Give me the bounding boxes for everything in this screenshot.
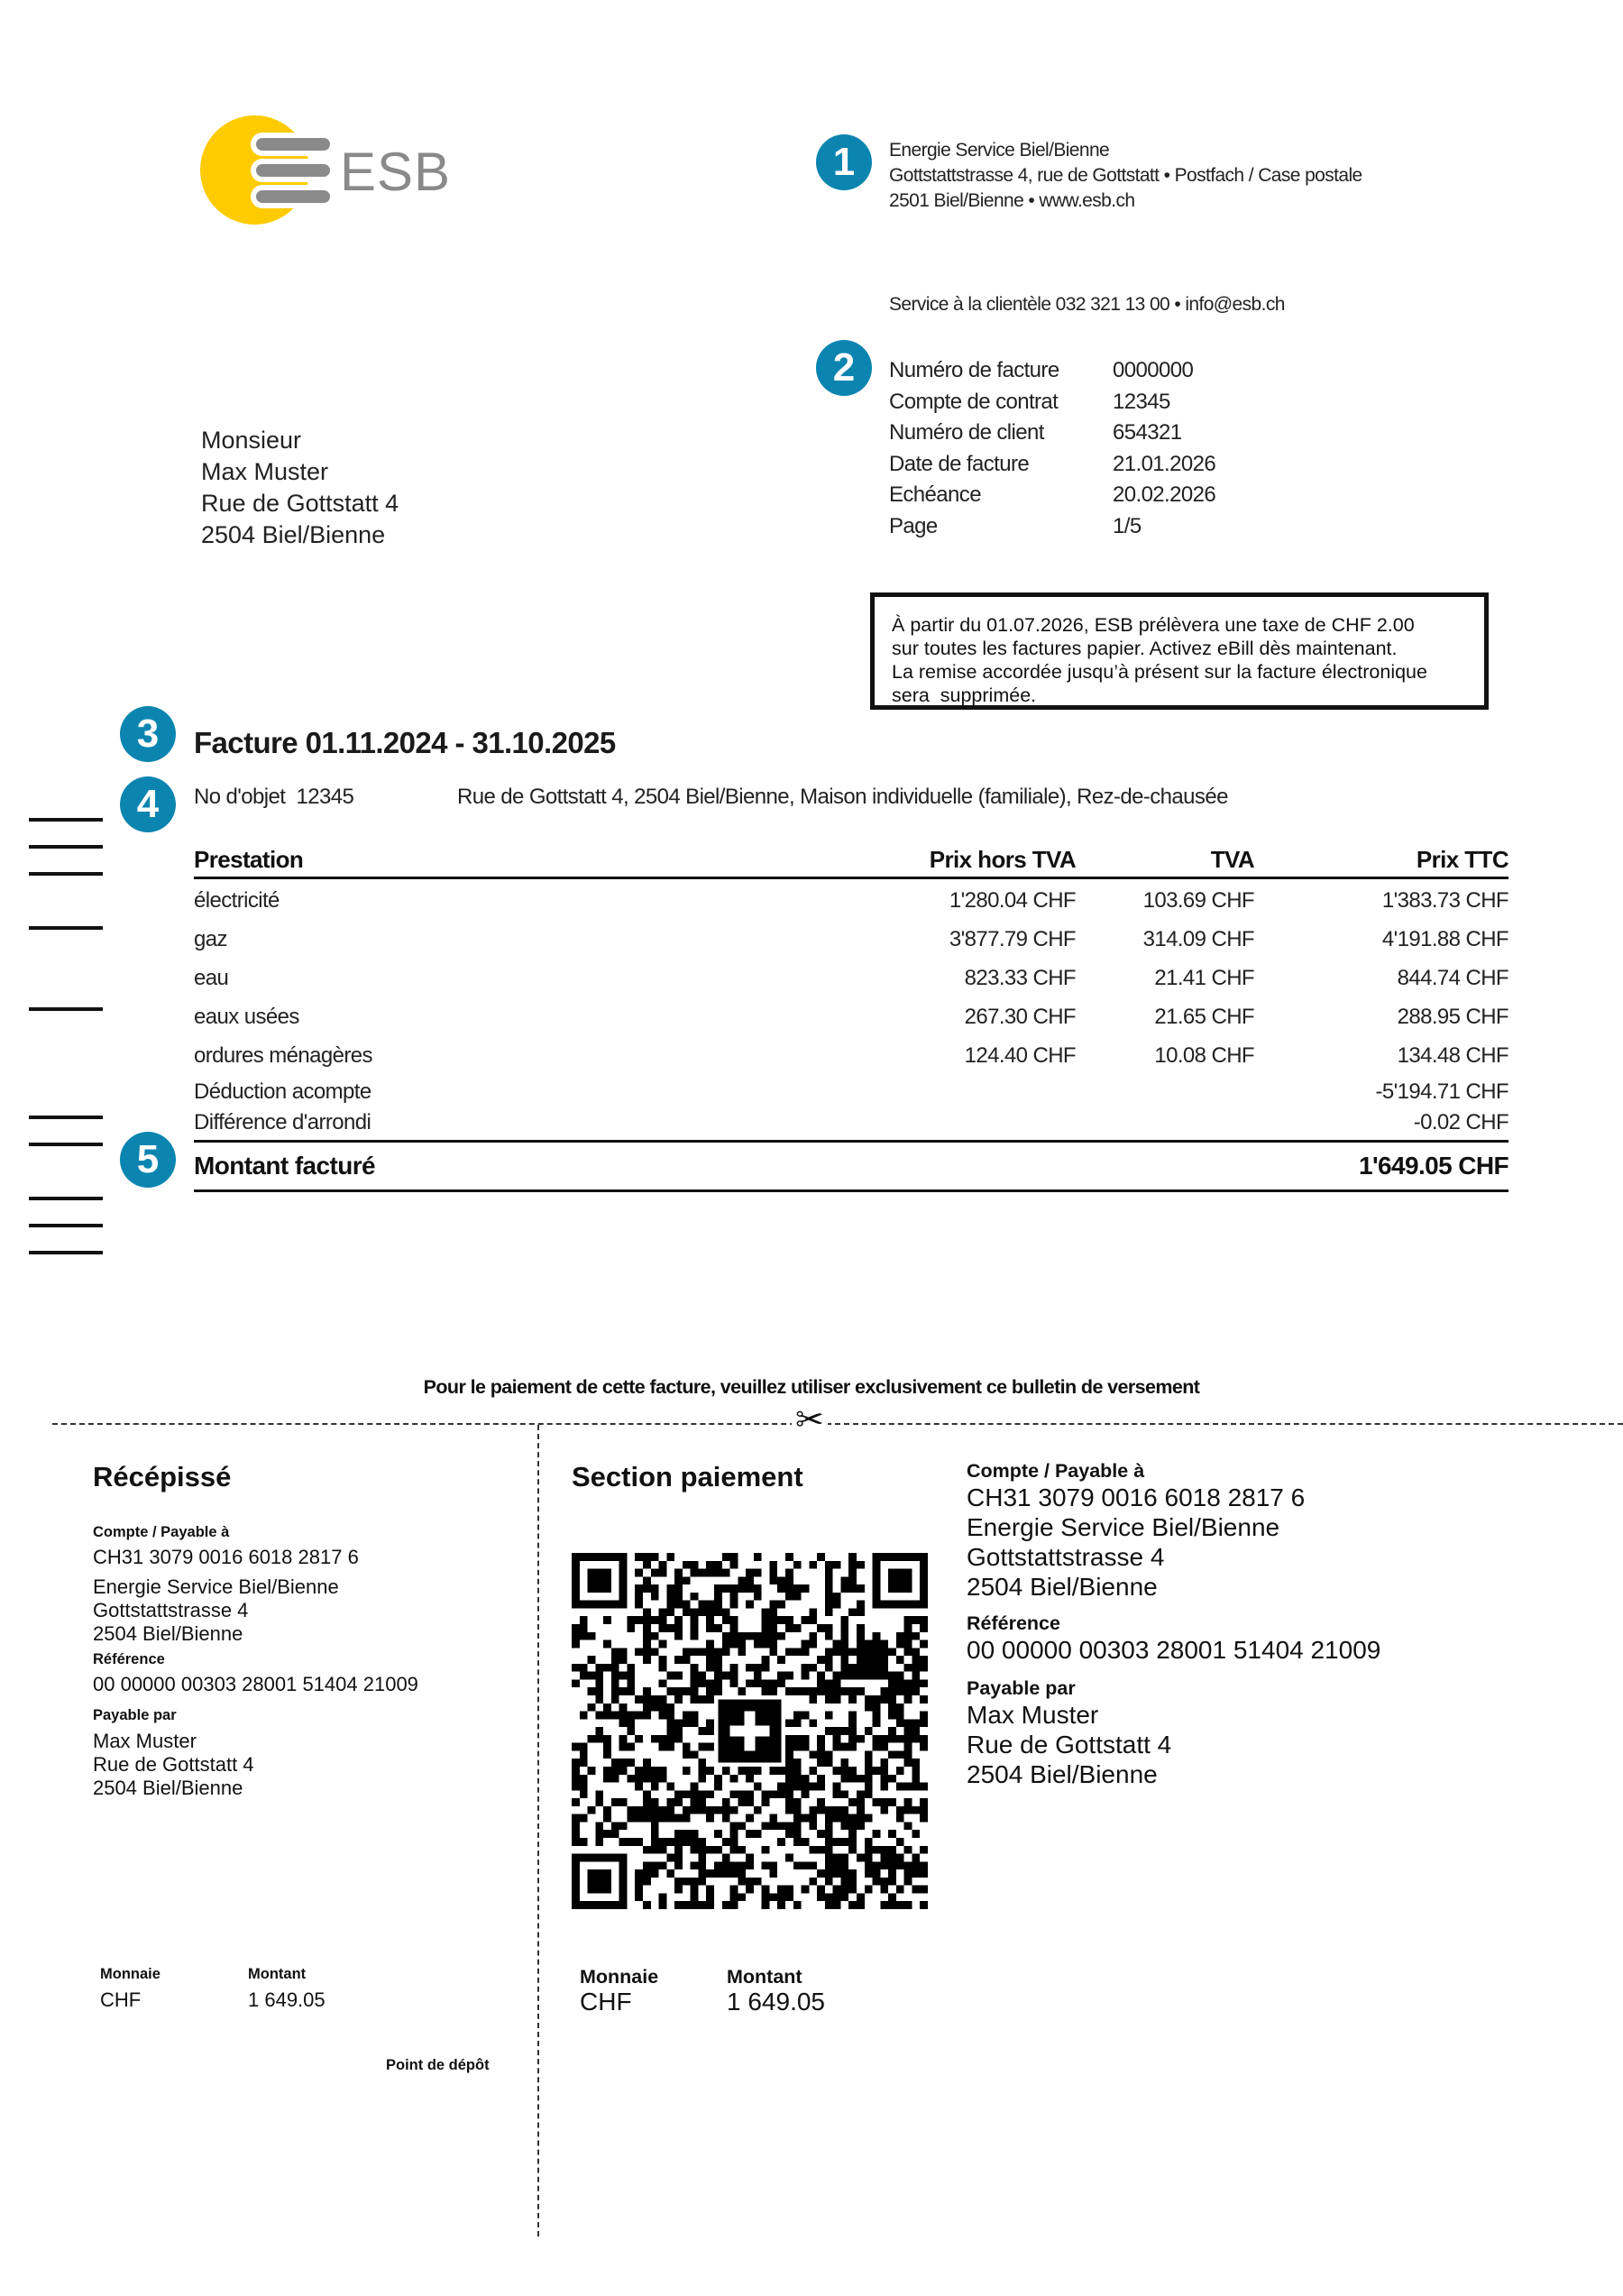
payer-line: 2504 Biel/Bienne <box>967 1759 1380 1789</box>
esb-logo: ESB <box>200 115 453 228</box>
scissors-icon: ✂ <box>792 1403 828 1437</box>
payment-instruction: Pour le paiement de cette facture, veuil… <box>0 1376 1623 1399</box>
recipient-line: 2504 Biel/Bienne <box>201 519 399 551</box>
payment-payer: Max Muster Rue de Gottstatt 4 2504 Biel/… <box>967 1700 1380 1789</box>
payer-line: Max Muster <box>967 1700 1380 1730</box>
logo-bar-icon <box>256 190 330 203</box>
recipient-line: Rue de Gottstatt 4 <box>201 488 399 519</box>
info-value: 0000000 <box>1113 355 1193 387</box>
receipt-creditor: Energie Service Biel/Bienne Gottstattstr… <box>93 1575 418 1646</box>
ebill-notice: À partir du 01.07.2026, ESB prélèvera un… <box>870 592 1489 710</box>
payment-account-label: Compte / Payable à <box>967 1460 1380 1483</box>
cell-vat: 21.65 CHF <box>1076 999 1254 1038</box>
receipt-title: Récépissé <box>93 1461 231 1493</box>
cell-name: Différence d'arrondi <box>194 1107 1254 1138</box>
payment-section-title: Section paiement <box>572 1461 803 1493</box>
adjustment-row: Différence d'arrondi-0.02 CHF <box>194 1107 1508 1138</box>
brand-name: ESB <box>340 145 451 199</box>
info-value: 21.01.2026 <box>1113 449 1215 481</box>
cell-net: 3'877.79 CHF <box>895 922 1076 960</box>
table-body: électricité1'280.04 CHF103.69 CHF1'383.7… <box>194 879 1508 1138</box>
info-label: Date de facture <box>889 449 1113 481</box>
info-label: Numéro de client <box>889 418 1113 449</box>
payment-details: Compte / Payable à CH31 3079 0016 6018 2… <box>967 1460 1380 1789</box>
payer-line: Rue de Gottstatt 4 <box>93 1753 418 1777</box>
receipt-currency-label: Monnaie <box>100 1966 160 1983</box>
receipt-amount-label: Montant <box>248 1966 306 1983</box>
header-vat: TVA <box>1076 846 1254 877</box>
creditor-line: Energie Service Biel/Bienne <box>93 1575 418 1599</box>
receipt-iban: CH31 3079 0016 6018 2817 6 <box>93 1545 418 1569</box>
object-number: No d'objet 12345 <box>194 785 353 809</box>
payment-currency: CHF <box>580 1987 632 2016</box>
receipt-account: Compte / Payable à CH31 3079 0016 6018 2… <box>93 1524 418 1800</box>
fold-mark <box>29 845 103 849</box>
logo-bar-icon <box>256 138 330 151</box>
receipt-payer: Max Muster Rue de Gottstatt 4 2504 Biel/… <box>93 1730 418 1800</box>
notice-line: sur toutes les factures papier. Activez … <box>892 637 1472 660</box>
info-label: Page <box>889 511 1113 543</box>
table-header: Prestation Prix hors TVA TVA Prix TTC <box>194 846 1508 879</box>
fold-mark <box>29 1143 103 1146</box>
invoice-info: Numéro de facture0000000 Compte de contr… <box>889 355 1215 542</box>
cell-gross: 844.74 CHF <box>1254 960 1508 999</box>
acceptance-point: Point de dépôt <box>386 2057 490 2074</box>
total-value: 1'649.05 CHF <box>1359 1143 1508 1189</box>
info-label: Numéro de facture <box>889 355 1113 387</box>
info-value: 654321 <box>1113 418 1182 449</box>
total-row: Montant facturé 1'649.05 CHF <box>194 1143 1508 1192</box>
info-row: Numéro de client654321 <box>889 418 1215 449</box>
info-row: Page1/5 <box>889 511 1215 543</box>
sender-line: Energie Service Biel/Bienne <box>889 138 1362 163</box>
payment-currency-label: Monnaie <box>580 1966 658 1988</box>
cell-vat: 314.09 CHF <box>1076 922 1254 960</box>
cell-name: eaux usées <box>194 999 895 1038</box>
fold-mark <box>29 1197 103 1200</box>
cell-gross: 1'383.73 CHF <box>1254 883 1508 922</box>
cell-net: 124.40 CHF <box>895 1038 1076 1077</box>
creditor-line: Gottstattstrasse 4 <box>967 1542 1380 1572</box>
fold-mark <box>29 1007 103 1011</box>
sender-line: Gottstattstrasse 4, rue de Gottstatt • P… <box>889 163 1362 188</box>
badge-2-icon: 2 <box>816 340 872 396</box>
receipt-currency: CHF <box>100 1988 141 2012</box>
adjustment-row: Déduction acompte-5'194.71 CHF <box>194 1077 1508 1107</box>
info-row: Numéro de facture0000000 <box>889 355 1215 387</box>
cell-net: 1'280.04 CHF <box>895 883 1076 922</box>
sender-address: Energie Service Biel/Bienne Gottstattstr… <box>889 138 1362 214</box>
fold-mark <box>29 1251 103 1254</box>
cell-gross: 134.48 CHF <box>1254 1038 1508 1077</box>
info-row: Compte de contrat12345 <box>889 387 1215 418</box>
payer-line: 2504 Biel/Bienne <box>93 1777 418 1800</box>
object-address: Rue de Gottstatt 4, 2504 Biel/Bienne, Ma… <box>457 785 1228 810</box>
creditor-line: 2504 Biel/Bienne <box>967 1572 1380 1602</box>
payer-line: Rue de Gottstatt 4 <box>967 1730 1380 1759</box>
receipt-payer-label: Payable par <box>93 1707 418 1724</box>
cell-vat: 103.69 CHF <box>1076 883 1254 922</box>
fold-mark <box>29 926 103 930</box>
recipient-address: Monsieur Max Muster Rue de Gottstatt 4 2… <box>201 425 399 551</box>
header-prestation: Prestation <box>194 846 895 877</box>
cell-name: électricité <box>194 883 895 922</box>
cell-vat: 10.08 CHF <box>1076 1038 1254 1077</box>
fold-mark <box>29 818 103 822</box>
payment-creditor: Energie Service Biel/Bienne Gottstattstr… <box>967 1512 1380 1602</box>
cell-gross: -0.02 CHF <box>1254 1107 1508 1138</box>
cell-gross: 288.95 CHF <box>1254 999 1508 1038</box>
notice-line: sera supprimée. <box>892 684 1472 707</box>
info-label: Compte de contrat <box>889 387 1113 418</box>
receipt-reference-label: Référence <box>93 1651 418 1668</box>
badge-3-icon: 3 <box>120 706 176 762</box>
payment-amount-label: Montant <box>727 1966 802 1988</box>
badge-5-icon: 5 <box>120 1132 176 1188</box>
cell-gross: 4'191.88 CHF <box>1254 922 1508 960</box>
badge-4-icon: 4 <box>120 776 176 832</box>
cell-gross: -5'194.71 CHF <box>1254 1077 1508 1107</box>
cell-net: 823.33 CHF <box>895 960 1076 999</box>
info-value: 12345 <box>1113 387 1170 418</box>
notice-line: À partir du 01.07.2026, ESB prélèvera un… <box>892 613 1472 637</box>
badge-1-icon: 1 <box>816 134 872 190</box>
info-value: 20.02.2026 <box>1113 480 1215 511</box>
cell-name: ordures ménagères <box>194 1038 895 1077</box>
creditor-line: 2504 Biel/Bienne <box>93 1622 418 1646</box>
fold-mark <box>29 1224 103 1227</box>
table-row: eau823.33 CHF21.41 CHF844.74 CHF <box>194 960 1508 999</box>
cell-name: gaz <box>194 922 895 960</box>
table-row: ordures ménagères124.40 CHF10.08 CHF134.… <box>194 1038 1508 1077</box>
notice-line: La remise accordée jusqu’à présent sur l… <box>892 660 1472 684</box>
recipient-line: Monsieur <box>201 425 399 456</box>
invoice-title: Facture 01.11.2024 - 31.10.2025 <box>194 726 616 760</box>
cell-vat: 21.41 CHF <box>1076 960 1254 999</box>
cell-name: eau <box>194 960 895 999</box>
info-value: 1/5 <box>1113 511 1142 543</box>
total-label: Montant facturé <box>194 1143 1359 1189</box>
receipt-separator <box>537 1425 539 2236</box>
info-row: Date de facture21.01.2026 <box>889 449 1215 481</box>
table-row: gaz3'877.79 CHF314.09 CHF4'191.88 CHF <box>194 922 1508 960</box>
payment-reference: 00 00000 00303 28001 51404 21009 <box>967 1635 1380 1665</box>
payment-amount: 1 649.05 <box>727 1987 825 2016</box>
recipient-line: Max Muster <box>201 456 399 488</box>
payment-reference-label: Référence <box>967 1612 1380 1635</box>
fold-mark <box>29 1116 103 1119</box>
logo-bar-icon <box>256 164 330 177</box>
receipt-account-label: Compte / Payable à <box>93 1524 418 1541</box>
payment-payer-label: Payable par <box>967 1677 1380 1700</box>
swiss-qr-code-icon <box>572 1553 928 1909</box>
header-gross: Prix TTC <box>1254 846 1508 877</box>
creditor-line: Energie Service Biel/Bienne <box>967 1512 1380 1542</box>
cell-net: 267.30 CHF <box>895 999 1076 1038</box>
customer-service: Service à la clientèle 032 321 13 00 • i… <box>889 294 1285 316</box>
table-row: eaux usées267.30 CHF21.65 CHF288.95 CHF <box>194 999 1508 1038</box>
fold-mark <box>29 872 103 876</box>
table-row: électricité1'280.04 CHF103.69 CHF1'383.7… <box>194 883 1508 922</box>
receipt-reference: 00 00000 00303 28001 51404 21009 <box>93 1672 418 1696</box>
invoice-table: Prestation Prix hors TVA TVA Prix TTC él… <box>194 846 1508 1192</box>
creditor-line: Gottstattstrasse 4 <box>93 1599 418 1622</box>
payer-line: Max Muster <box>93 1730 418 1753</box>
cell-name: Déduction acompte <box>194 1077 1254 1107</box>
cut-line <box>52 1423 1623 1425</box>
info-label: Echéance <box>889 480 1113 511</box>
info-row: Echéance20.02.2026 <box>889 480 1215 511</box>
payment-iban: CH31 3079 0016 6018 2817 6 <box>967 1483 1380 1512</box>
header-net: Prix hors TVA <box>895 846 1076 877</box>
object-line: No d'objet 12345 Rue de Gottstatt 4, 250… <box>194 785 353 810</box>
sender-line: 2501 Biel/Bienne • www.esb.ch <box>889 188 1362 214</box>
receipt-amount: 1 649.05 <box>248 1988 326 2012</box>
